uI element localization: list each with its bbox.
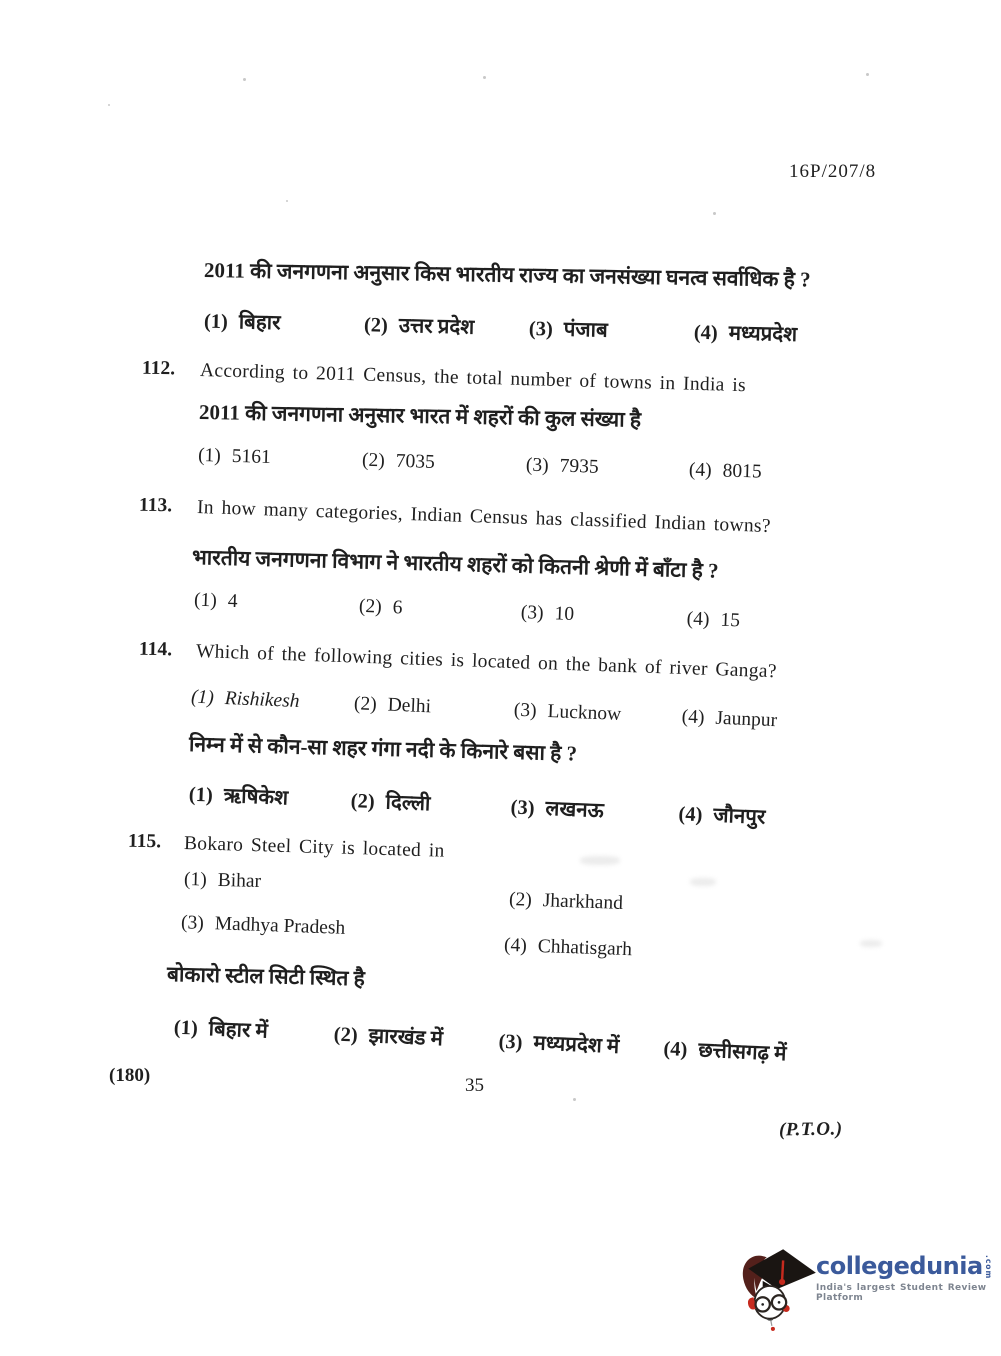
q112-options-row: (1)5161 (2)7035 (3)7935 (4)8015 xyxy=(0,439,1001,503)
q115-english-option-2: (2)Jharkhand xyxy=(509,889,624,915)
collegedunia-mascot-icon xyxy=(736,1240,818,1332)
option-number: (1) xyxy=(191,687,215,710)
option-text: छत्तीसगढ़ में xyxy=(698,1039,787,1065)
option-number: (4) xyxy=(681,706,705,729)
option-number: (3) xyxy=(498,1031,523,1055)
option-text: बिहार में xyxy=(208,1018,268,1043)
option-text: बिहार xyxy=(239,311,281,334)
option-number: (1) xyxy=(173,1017,198,1041)
option-text: 4 xyxy=(227,591,238,612)
option-text: Lucknow xyxy=(547,701,621,725)
option-number: (3) xyxy=(513,700,537,723)
scan-speck xyxy=(483,76,486,79)
q115-english-option-1: (1)Bihar xyxy=(184,869,262,893)
option-text: Delhi xyxy=(387,695,431,718)
option-number: (4) xyxy=(678,803,703,827)
collegedunia-logo-text: collegedunia .com India's largest Studen… xyxy=(816,1254,992,1303)
option-text: 15 xyxy=(720,610,740,632)
q111-option-2: (2)उत्तर प्रदेश xyxy=(364,310,475,340)
q112-english-question: According to 2011 Census, the total numb… xyxy=(200,360,747,397)
q113-option-2: (2)6 xyxy=(359,596,403,620)
q113-hindi-question: भारतीय जनगणना विभाग ने भारतीय शहरों को क… xyxy=(192,543,719,585)
q112-option-4: (4)8015 xyxy=(689,459,762,483)
collegedunia-tagline: India's largest Student Review Platform xyxy=(816,1283,992,1303)
scan-smudge xyxy=(690,878,716,886)
option-text: 5161 xyxy=(232,446,272,468)
option-number: (1) xyxy=(188,784,213,808)
q112-option-1: (1)5161 xyxy=(198,445,271,469)
option-text: 7035 xyxy=(395,451,435,473)
scan-speck xyxy=(108,104,110,106)
q115-english-option-3: (3)Madhya Pradesh xyxy=(181,912,346,940)
q114-number: 114. xyxy=(139,639,172,662)
option-number: (4) xyxy=(504,935,528,958)
q115-hindi-option-3: (3)मध्यप्रदेश में xyxy=(498,1027,620,1060)
q114-hindi-option-1: (1)ऋषिकेश xyxy=(188,780,288,812)
option-text: 10 xyxy=(554,603,574,625)
option-number: (4) xyxy=(686,608,710,631)
option-number: (3) xyxy=(181,912,205,935)
q114-english-option-3: (3)Lucknow xyxy=(513,700,621,726)
option-text: Jaunpur xyxy=(715,708,778,731)
option-text: मध्यप्रदेश xyxy=(729,323,798,347)
option-number: (3) xyxy=(510,797,535,821)
scan-smudge xyxy=(860,940,882,947)
q113-option-3: (3)10 xyxy=(520,602,574,626)
option-number: (3) xyxy=(526,455,549,478)
q113-option-1: (1)4 xyxy=(194,589,238,613)
q112-option-2: (2)7035 xyxy=(362,450,435,474)
option-number: (4) xyxy=(689,459,712,482)
q115-hindi-option-2: (2)झारखंड में xyxy=(333,1020,443,1053)
q114-hindi-option-4: (4)जौनपुर xyxy=(678,799,766,830)
option-number: (3) xyxy=(520,602,544,625)
option-number: (4) xyxy=(663,1038,688,1062)
q111-options-row: (1)बिहार (2)उत्तर प्रदेश (3)पंजाब (4)मध्… xyxy=(0,302,1001,359)
option-text: 7935 xyxy=(559,456,599,478)
option-number: (2) xyxy=(362,450,385,473)
q111-option-1: (1)बिहार xyxy=(204,307,281,337)
q112-number: 112. xyxy=(142,358,175,381)
q111-option-3: (3)पंजाब xyxy=(529,314,608,344)
q114-hindi-question: निम्न में से कौन-सा शहर गंगा नदी के किना… xyxy=(189,730,578,767)
q112-hindi-question: 2011 की जनगणना अनुसार भारत में शहरों की … xyxy=(199,398,642,434)
page-number: 35 xyxy=(465,1075,484,1097)
option-text: दिल्ली xyxy=(385,791,431,815)
option-text: मध्यप्रदेश में xyxy=(533,1032,620,1058)
collegedunia-tld-text: .com xyxy=(985,1255,993,1277)
option-number: (3) xyxy=(529,318,553,342)
q111-hindi-question: 2011 की जनगणना अनुसार किस भारतीय राज्य क… xyxy=(204,256,811,294)
q112-option-3: (3)7935 xyxy=(526,455,599,479)
option-text: पंजाब xyxy=(564,319,608,342)
q115-english-question: Bokaro Steel City is located in xyxy=(184,833,445,863)
q115-number: 115. xyxy=(128,831,161,854)
booklet-code: (180) xyxy=(109,1065,150,1087)
option-number: (1) xyxy=(204,311,228,335)
option-text: ऋषिकेश xyxy=(223,785,288,810)
option-text: लखनऊ xyxy=(545,798,604,822)
option-number: (1) xyxy=(198,445,221,468)
option-number: (4) xyxy=(694,322,718,346)
option-text: Jharkhand xyxy=(542,890,623,914)
scan-smudge xyxy=(580,856,620,865)
scan-speck xyxy=(713,212,716,215)
option-text: 8015 xyxy=(722,460,762,482)
option-text: Chhatisgarh xyxy=(537,936,632,960)
option-number: (2) xyxy=(364,314,388,338)
q114-english-option-2: (2)Delhi xyxy=(354,693,432,718)
pto-label: (P.T.O.) xyxy=(779,1118,843,1141)
option-text: उत्तर प्रदेश xyxy=(399,315,475,339)
option-text: Madhya Pradesh xyxy=(214,913,345,939)
collegedunia-brand-text: collegedunia xyxy=(816,1254,983,1278)
option-number: (2) xyxy=(333,1024,358,1048)
option-number: (2) xyxy=(354,693,378,716)
q114-english-question: Which of the following cities is located… xyxy=(196,641,777,683)
option-number: (2) xyxy=(509,889,533,912)
option-text: Bihar xyxy=(217,870,261,892)
q113-english-question: In how many categories, Indian Census ha… xyxy=(197,497,772,538)
option-number: (1) xyxy=(194,589,218,612)
scan-speck xyxy=(286,200,288,202)
q115-hindi-option-4: (4)छत्तीसगढ़ में xyxy=(663,1034,787,1067)
option-number: (2) xyxy=(359,596,383,619)
q114-english-option-4: (4)Jaunpur xyxy=(681,706,777,732)
option-text: 6 xyxy=(392,597,403,618)
q111-option-4: (4)मध्यप्रदेश xyxy=(694,318,798,348)
q114-hindi-option-3: (3)लखनऊ xyxy=(510,793,604,825)
option-text: झारखंड में xyxy=(368,1025,443,1050)
option-number: (2) xyxy=(350,790,375,814)
collegedunia-logo: collegedunia .com India's largest Studen… xyxy=(736,1238,988,1334)
q113-option-4: (4)15 xyxy=(686,608,740,632)
q114-english-option-1: (1)Rishikesh xyxy=(191,687,300,713)
scan-speck xyxy=(866,73,869,76)
paper-code: 16P/207/8 xyxy=(789,161,876,183)
scan-speck xyxy=(243,78,246,81)
option-text: Rishikesh xyxy=(224,688,300,712)
option-text: जौनपुर xyxy=(713,805,766,829)
q114-hindi-option-2: (2)दिल्ली xyxy=(350,786,431,817)
q115-english-option-4: (4)Chhatisgarh xyxy=(504,935,633,961)
scanned-exam-page: 16P/207/8 2011 की जनगणना अनुसार किस भारत… xyxy=(0,0,1001,1356)
q113-number: 113. xyxy=(139,495,172,518)
scan-speck xyxy=(573,1098,576,1101)
q115-hindi-option-1: (1)बिहार में xyxy=(173,1013,268,1045)
q115-hindi-question: बोकारो स्टील सिटी स्थित है xyxy=(167,960,365,992)
option-number: (1) xyxy=(184,869,207,892)
